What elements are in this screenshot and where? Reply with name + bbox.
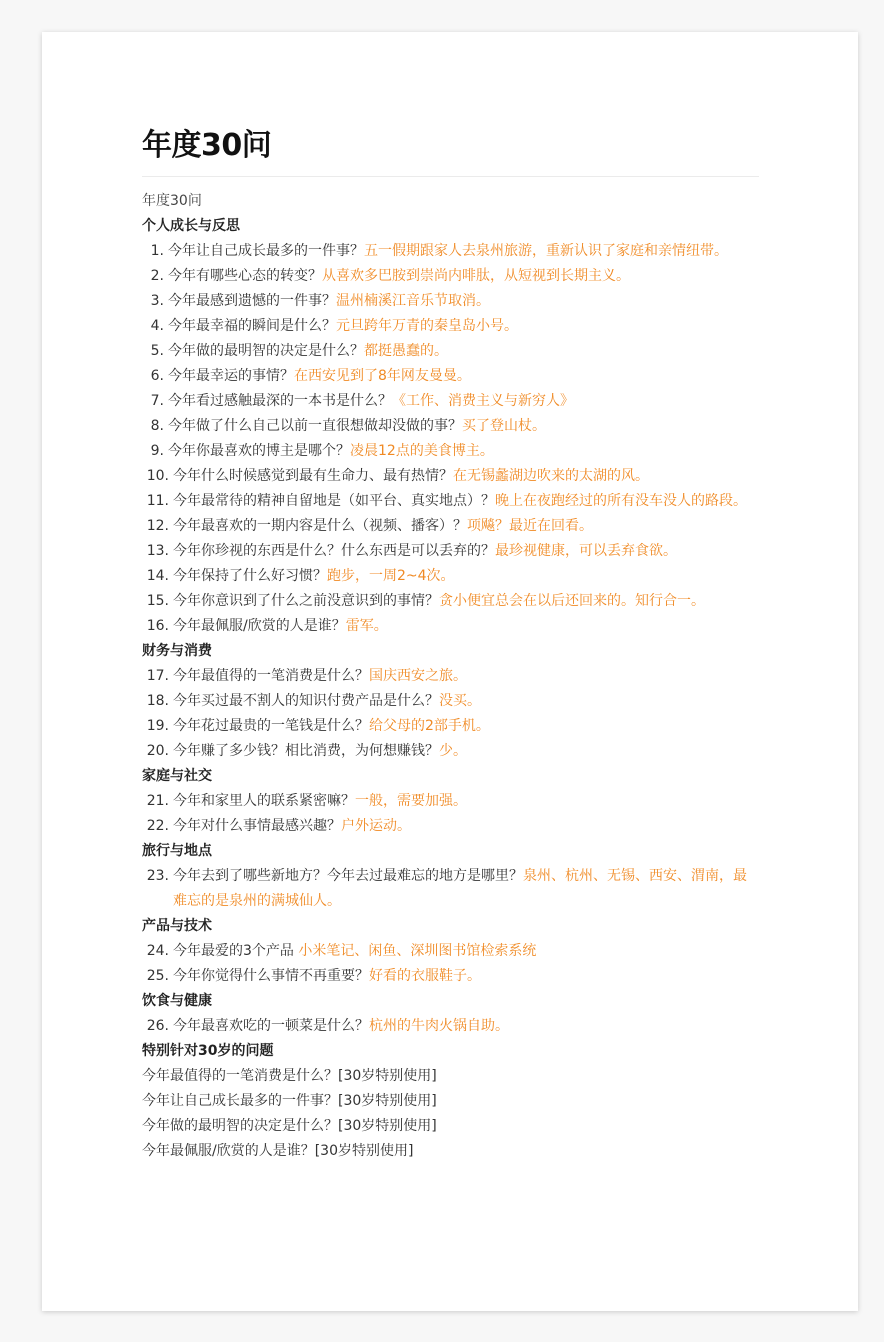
question-item: 1.今年让自己成长最多的一件事？五一假期跟家人去泉州旅游，重新认识了家庭和亲情纽… — [142, 239, 759, 264]
answer-text: 没买。 — [439, 693, 481, 709]
question-text: 今年什么时候感觉到最有生命力、最有热情？ — [173, 468, 453, 484]
question-item: 8.今年做了什么自己以前一直很想做却没做的事？买了登山杖。 — [142, 414, 759, 439]
document-subtitle: 年度30问 — [142, 189, 759, 214]
answer-text: 户外运动。 — [341, 818, 411, 834]
question-item: 5.今年做的最明智的决定是什么？都挺愚蠢的。 — [142, 339, 759, 364]
item-number: 18. — [142, 689, 169, 714]
question-item: 12.今年最喜欢的一期内容是什么（视频、播客）？项飚？最近在回看。 — [142, 514, 759, 539]
answer-text: 小米笔记、闲鱼、深圳图书馆检索系统 — [298, 943, 536, 959]
question-list: 24.今年最爱的3个产品 小米笔记、闲鱼、深圳图书馆检索系统25.今年你觉得什么… — [142, 939, 759, 989]
section-heading: 个人成长与反思 — [142, 214, 759, 239]
question-text: 今年你意识到了什么之前没意识到的事情？ — [173, 593, 439, 609]
item-number: 22. — [142, 814, 169, 839]
question-item: 10.今年什么时候感觉到最有生命力、最有热情？在无锡蠡湖边吹来的太湖的风。 — [142, 464, 759, 489]
question-text: 今年最幸运的事情？ — [168, 368, 294, 384]
item-number: 7. — [142, 389, 164, 414]
question-text: 今年最佩服/欣赏的人是谁？ — [173, 618, 346, 634]
answer-text: 最珍视健康，可以丢弃食欲。 — [495, 543, 677, 559]
question-item: 18.今年买过最不割人的知识付费产品是什么？没买。 — [142, 689, 759, 714]
item-number: 4. — [142, 314, 164, 339]
answer-text: 五一假期跟家人去泉州旅游，重新认识了家庭和亲情纽带。 — [364, 243, 728, 259]
answer-text: 杭州的牛肉火锅自助。 — [369, 1018, 509, 1034]
answer-text: 买了登山杖。 — [462, 418, 546, 434]
document-content: 年度30问 年度30问 个人成长与反思1.今年让自己成长最多的一件事？五一假期跟… — [142, 124, 759, 1164]
item-number: 19. — [142, 714, 169, 739]
item-number: 16. — [142, 614, 169, 639]
item-number: 10. — [142, 464, 169, 489]
question-list: 23.今年去到了哪些新地方？今年去过最难忘的地方是哪里？泉州、杭州、无锡、西安、… — [142, 864, 759, 914]
item-number: 26. — [142, 1014, 169, 1039]
question-text: 今年你珍视的东西是什么？什么东西是可以丢弃的？ — [173, 543, 495, 559]
item-number: 14. — [142, 564, 169, 589]
question-text: 今年最值得的一笔消费是什么？ — [173, 668, 369, 684]
question-list: 17.今年最值得的一笔消费是什么？国庆西安之旅。18.今年买过最不割人的知识付费… — [142, 664, 759, 764]
item-number: 15. — [142, 589, 169, 614]
question-text: 今年对什么事情最感兴趣？ — [173, 818, 341, 834]
question-text: 今年你最喜欢的博主是哪个？ — [168, 443, 350, 459]
question-item: 2.今年有哪些心态的转变？从喜欢多巴胺到崇尚内啡肽，从短视到长期主义。 — [142, 264, 759, 289]
question-item: 16.今年最佩服/欣赏的人是谁？雷军。 — [142, 614, 759, 639]
question-item: 26.今年最喜欢吃的一顿菜是什么？杭州的牛肉火锅自助。 — [142, 1014, 759, 1039]
answer-text: 贪小便宜总会在以后还回来的。知行合一。 — [439, 593, 705, 609]
question-text: 今年看过感触最深的一本书是什么？ — [168, 393, 392, 409]
question-text: 今年保持了什么好习惯？ — [173, 568, 327, 584]
item-number: 8. — [142, 414, 164, 439]
item-number: 23. — [142, 864, 169, 889]
item-number: 9. — [142, 439, 164, 464]
question-item: 4.今年最幸福的瞬间是什么？元旦跨年万青的秦皇岛小号。 — [142, 314, 759, 339]
item-number: 20. — [142, 739, 169, 764]
answer-text: 给父母的2部手机。 — [369, 718, 490, 734]
question-item: 20.今年赚了多少钱？相比消费，为何想赚钱？少。 — [142, 739, 759, 764]
question-text: 今年买过最不割人的知识付费产品是什么？ — [173, 693, 439, 709]
item-number: 25. — [142, 964, 169, 989]
answer-text: 少。 — [439, 743, 467, 759]
answer-text: 《工作、消费主义与新穷人》 — [392, 393, 574, 409]
question-item: 24.今年最爱的3个产品 小米笔记、闲鱼、深圳图书馆检索系统 — [142, 939, 759, 964]
special-question: 今年做的最明智的决定是什么？[30岁特别使用] — [142, 1114, 759, 1139]
item-number: 3. — [142, 289, 164, 314]
answer-text: 晚上在夜跑经过的所有没车没人的路段。 — [495, 493, 747, 509]
special-question: 今年最值得的一笔消费是什么？[30岁特别使用] — [142, 1064, 759, 1089]
special-question: 今年最佩服/欣赏的人是谁？[30岁特别使用] — [142, 1139, 759, 1164]
item-number: 13. — [142, 539, 169, 564]
question-item: 19.今年花过最贵的一笔钱是什么？给父母的2部手机。 — [142, 714, 759, 739]
item-number: 12. — [142, 514, 169, 539]
item-number: 21. — [142, 789, 169, 814]
question-text: 今年最喜欢的一期内容是什么（视频、播客）？ — [173, 518, 467, 534]
question-text: 今年去到了哪些新地方？今年去过最难忘的地方是哪里？ — [173, 868, 523, 884]
answer-text: 都挺愚蠢的。 — [364, 343, 448, 359]
item-number: 24. — [142, 939, 169, 964]
section-heading: 财务与消费 — [142, 639, 759, 664]
question-text: 今年最幸福的瞬间是什么？ — [168, 318, 336, 334]
item-number: 6. — [142, 364, 164, 389]
question-list: 1.今年让自己成长最多的一件事？五一假期跟家人去泉州旅游，重新认识了家庭和亲情纽… — [142, 239, 759, 639]
item-number: 5. — [142, 339, 164, 364]
question-text: 今年有哪些心态的转变？ — [168, 268, 322, 284]
question-item: 23.今年去到了哪些新地方？今年去过最难忘的地方是哪里？泉州、杭州、无锡、西安、… — [142, 864, 759, 914]
answer-text: 元旦跨年万青的秦皇岛小号。 — [336, 318, 518, 334]
question-item: 3.今年最感到遗憾的一件事？温州楠溪江音乐节取消。 — [142, 289, 759, 314]
answer-text: 跑步，一周2~4次。 — [327, 568, 455, 584]
question-item: 13.今年你珍视的东西是什么？什么东西是可以丢弃的？最珍视健康，可以丢弃食欲。 — [142, 539, 759, 564]
question-text: 今年让自己成长最多的一件事？ — [168, 243, 364, 259]
question-text: 今年最喜欢吃的一顿菜是什么？ — [173, 1018, 369, 1034]
section-heading: 饮食与健康 — [142, 989, 759, 1014]
question-text: 今年和家里人的联系紧密嘛？ — [173, 793, 355, 809]
answer-text: 项飚？最近在回看。 — [467, 518, 593, 534]
answer-text: 好看的衣服鞋子。 — [369, 968, 481, 984]
title-divider — [142, 176, 759, 177]
question-text: 今年最感到遗憾的一件事？ — [168, 293, 336, 309]
special-questions: 今年最值得的一笔消费是什么？[30岁特别使用]今年让自己成长最多的一件事？[30… — [142, 1064, 759, 1164]
section-heading: 家庭与社交 — [142, 764, 759, 789]
question-text: 今年做了什么自己以前一直很想做却没做的事？ — [168, 418, 462, 434]
item-number: 11. — [142, 489, 169, 514]
question-item: 17.今年最值得的一笔消费是什么？国庆西安之旅。 — [142, 664, 759, 689]
answer-text: 凌晨12点的美食博主。 — [350, 443, 494, 459]
question-item: 25.今年你觉得什么事情不再重要？好看的衣服鞋子。 — [142, 964, 759, 989]
answer-text: 从喜欢多巴胺到崇尚内啡肽，从短视到长期主义。 — [322, 268, 630, 284]
question-item: 22.今年对什么事情最感兴趣？户外运动。 — [142, 814, 759, 839]
answer-text: 温州楠溪江音乐节取消。 — [336, 293, 490, 309]
question-item: 11.今年最常待的精神自留地是（如平台、真实地点）？晚上在夜跑经过的所有没车没人… — [142, 489, 759, 514]
question-item: 21.今年和家里人的联系紧密嘛？一般，需要加强。 — [142, 789, 759, 814]
item-number: 2. — [142, 264, 164, 289]
question-text: 今年最常待的精神自留地是（如平台、真实地点）？ — [173, 493, 495, 509]
item-number: 1. — [142, 239, 164, 264]
question-list: 26.今年最喜欢吃的一顿菜是什么？杭州的牛肉火锅自助。 — [142, 1014, 759, 1039]
answer-text: 雷军。 — [346, 618, 388, 634]
page-title: 年度30问 — [142, 124, 759, 168]
answer-text: 在西安见到了8年网友曼曼。 — [294, 368, 471, 384]
question-text: 今年做的最明智的决定是什么？ — [168, 343, 364, 359]
document-page: 年度30问 年度30问 个人成长与反思1.今年让自己成长最多的一件事？五一假期跟… — [42, 32, 858, 1311]
answer-text: 国庆西安之旅。 — [369, 668, 467, 684]
question-item: 14.今年保持了什么好习惯？跑步，一周2~4次。 — [142, 564, 759, 589]
sections-container: 个人成长与反思1.今年让自己成长最多的一件事？五一假期跟家人去泉州旅游，重新认识… — [142, 214, 759, 1039]
question-list: 21.今年和家里人的联系紧密嘛？一般，需要加强。22.今年对什么事情最感兴趣？户… — [142, 789, 759, 839]
answer-text: 一般，需要加强。 — [355, 793, 467, 809]
question-item: 9.今年你最喜欢的博主是哪个？凌晨12点的美食博主。 — [142, 439, 759, 464]
question-text: 今年最爱的3个产品 — [173, 943, 298, 959]
answer-text: 在无锡蠡湖边吹来的太湖的风。 — [453, 468, 649, 484]
section-heading: 旅行与地点 — [142, 839, 759, 864]
item-number: 17. — [142, 664, 169, 689]
special-question: 今年让自己成长最多的一件事？[30岁特别使用] — [142, 1089, 759, 1114]
question-item: 6.今年最幸运的事情？在西安见到了8年网友曼曼。 — [142, 364, 759, 389]
question-text: 今年你觉得什么事情不再重要？ — [173, 968, 369, 984]
section-heading: 产品与技术 — [142, 914, 759, 939]
question-item: 7.今年看过感触最深的一本书是什么？《工作、消费主义与新穷人》 — [142, 389, 759, 414]
question-item: 15.今年你意识到了什么之前没意识到的事情？贪小便宜总会在以后还回来的。知行合一… — [142, 589, 759, 614]
question-text: 今年赚了多少钱？相比消费，为何想赚钱？ — [173, 743, 439, 759]
question-text: 今年花过最贵的一笔钱是什么？ — [173, 718, 369, 734]
section-heading-special: 特别针对30岁的问题 — [142, 1039, 759, 1064]
